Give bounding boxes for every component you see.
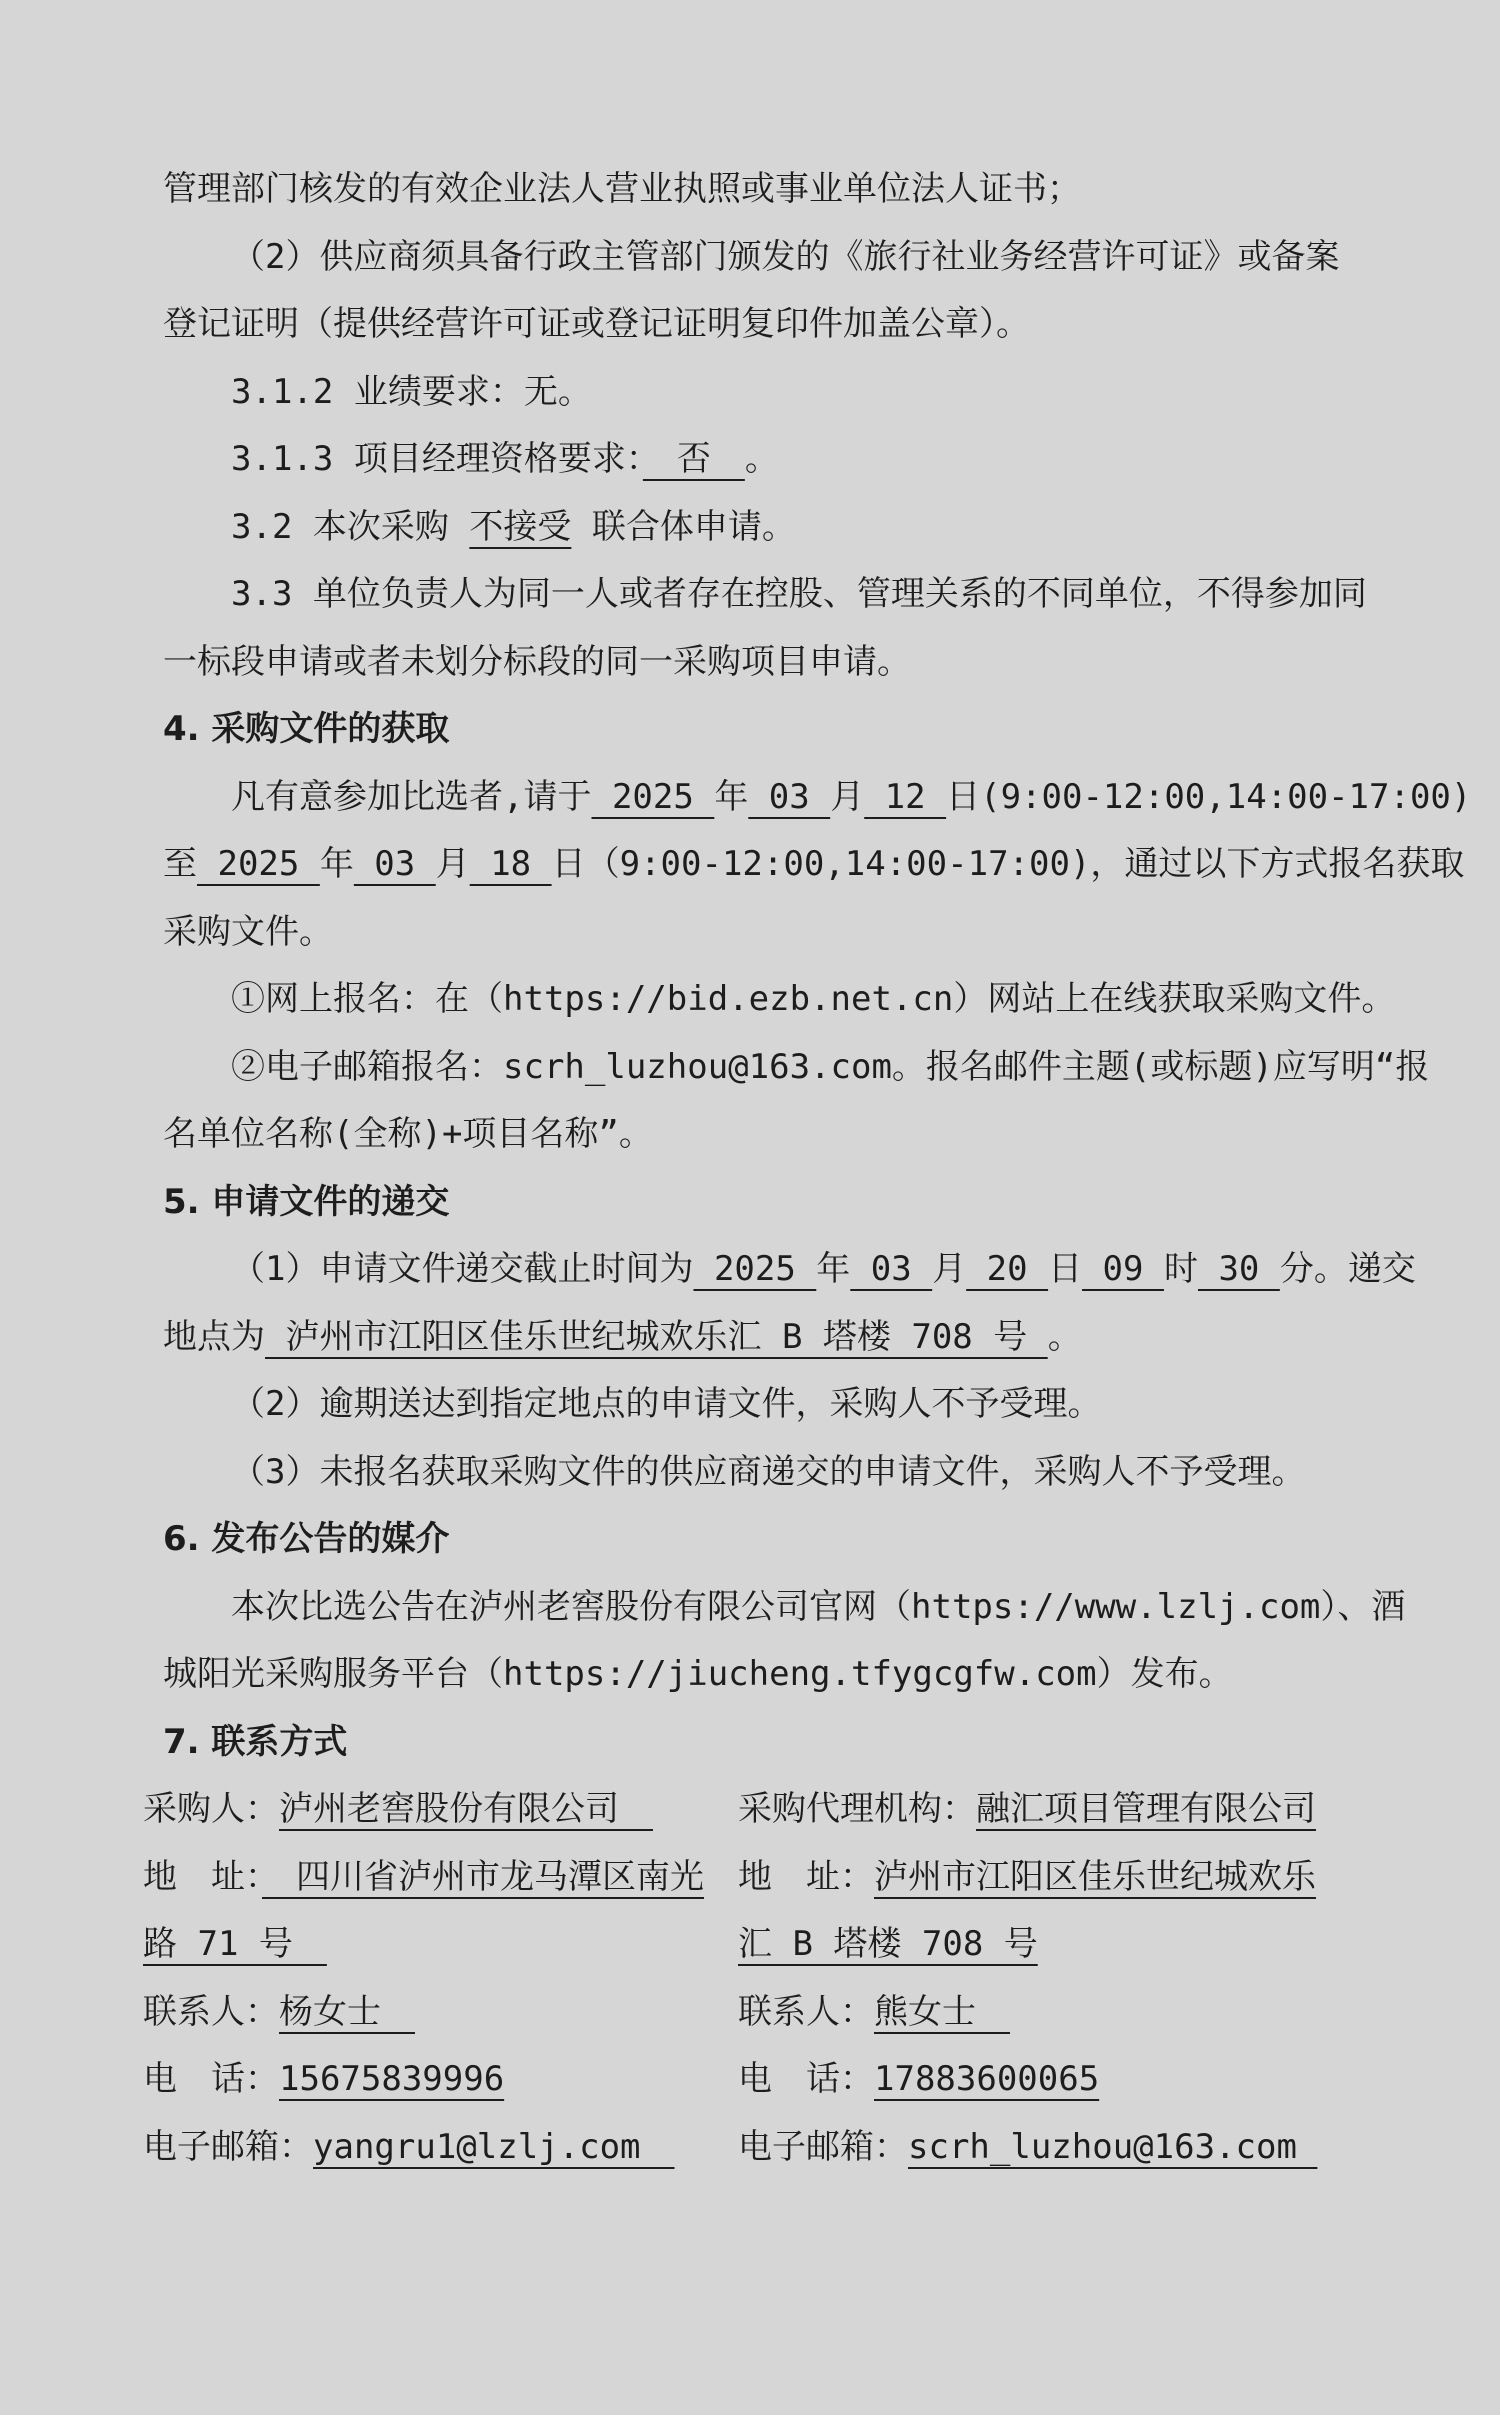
text-line: ①网上报名：在（https://bid.ezb.net.cn）网站上在线获取采购…: [143, 966, 1405, 1034]
field-value: 融汇项目管理有限公司: [976, 1789, 1316, 1829]
field-label: 地 址：: [738, 1857, 874, 1897]
text-run: 6. 发布公告的媒介: [163, 1519, 449, 1559]
text-run: 。: [745, 439, 779, 479]
underlined-blank: 泸州市江阳区佳乐世纪城欢乐汇 B 塔楼 708 号: [265, 1317, 1048, 1357]
text-run: （3）未报名获取采购文件的供应商递交的申请文件，采购人不予受理。: [231, 1452, 1305, 1492]
text-line: 一标段申请或者未划分标段的同一采购项目申请。: [143, 629, 1405, 697]
text-line: 地点为 泸州市江阳区佳乐世纪城欢乐汇 B 塔楼 708 号 。: [143, 1304, 1405, 1372]
underlined-blank: 2025: [197, 844, 320, 884]
underlined-blank: 03: [748, 777, 830, 817]
field-value: yangru1@lzlj.com: [313, 2127, 675, 2167]
field-label: 电 话：: [738, 2059, 874, 2099]
contact-row: 联系人：熊女士: [738, 1979, 1405, 2047]
contact-row: 采购人：泸州老窖股份有限公司: [143, 1776, 738, 1844]
document-body: 管理部门核发的有效企业法人营业执照或事业单位法人证书；（2）供应商须具备行政主管…: [143, 156, 1405, 1776]
text-line: 名单位名称(全称)+项目名称”。: [143, 1101, 1405, 1169]
text-line: ②电子邮箱报名：scrh_luzhou@163.com。报名邮件主题(或标题)应…: [143, 1034, 1405, 1102]
underlined-blank: 20: [966, 1249, 1048, 1289]
field-value: 杨女士: [279, 1992, 415, 2032]
text-run: 4. 采购文件的获取: [163, 709, 449, 749]
text-run: 5. 申请文件的递交: [163, 1182, 449, 1222]
field-label: 电子邮箱：: [738, 2127, 908, 2167]
text-run: 至: [163, 844, 197, 884]
contact-section: 采购人：泸州老窖股份有限公司 地 址： 四川省泸州市龙马潭区南光路 71 号 联…: [143, 1776, 1405, 2181]
text-run: （1）申请文件递交截止时间为: [231, 1249, 693, 1289]
field-value: scrh_luzhou@163.com: [908, 2127, 1317, 2167]
field-value: 15675839996: [279, 2059, 504, 2099]
text-run: 月: [436, 844, 470, 884]
contact-row: 路 71 号: [143, 1911, 738, 1979]
field-label: 地 址：: [143, 1857, 262, 1897]
text-run: 名单位名称(全称)+项目名称”。: [163, 1114, 653, 1154]
text-run: 本次比选公告在泸州老窖股份有限公司官网（https://www.lzlj.com…: [231, 1587, 1405, 1627]
section-heading: 7. 联系方式: [143, 1709, 1405, 1777]
contact-row: 联系人：杨女士: [143, 1979, 738, 2047]
text-run: （2）逾期送达到指定地点的申请文件，采购人不予受理。: [231, 1384, 1101, 1424]
underlined-blank: 09: [1082, 1249, 1164, 1289]
text-run: 3.1.2 业绩要求：无。: [231, 372, 592, 412]
field-value: 泸州市江阳区佳乐世纪城欢乐: [874, 1857, 1316, 1897]
text-line: （1）申请文件递交截止时间为 2025 年 03 月 20 日 09 时 30 …: [143, 1236, 1405, 1304]
text-line: （2）逾期送达到指定地点的申请文件，采购人不予受理。: [143, 1371, 1405, 1439]
text-run: 7. 联系方式: [163, 1722, 347, 1762]
text-line: 登记证明（提供经营许可证或登记证明复印件加盖公章）。: [143, 291, 1405, 359]
text-run: 分。递交: [1280, 1249, 1416, 1289]
text-line: 3.1.2 业绩要求：无。: [143, 359, 1405, 427]
field-label: 采购人：: [143, 1789, 279, 1829]
text-run: 年: [320, 844, 354, 884]
text-run: 城阳光采购服务平台（https://jiucheng.tfygcgfw.com）…: [163, 1654, 1233, 1694]
text-run: 月: [932, 1249, 966, 1289]
field-value: 熊女士: [874, 1992, 1010, 2032]
text-run: 月: [830, 777, 864, 817]
text-run: 日（9:00-12:00,14:00-17:00)，通过以下方式报名获取: [552, 844, 1465, 884]
document-content: 管理部门核发的有效企业法人营业执照或事业单位法人证书；（2）供应商须具备行政主管…: [143, 156, 1405, 2181]
section-heading: 6. 发布公告的媒介: [143, 1506, 1405, 1574]
text-line: 3.3 单位负责人为同一人或者存在控股、管理关系的不同单位，不得参加同: [143, 561, 1405, 629]
text-run: 3.2 本次采购: [231, 507, 469, 547]
underlined-blank: 03: [850, 1249, 932, 1289]
underlined-blank: 不接受: [469, 507, 571, 547]
text-run: 3.1.3 项目经理资格要求：: [231, 439, 643, 479]
field-label: 联系人：: [738, 1992, 874, 2032]
text-line: 采购文件。: [143, 899, 1405, 967]
field-label: 联系人：: [143, 1992, 279, 2032]
text-run: 管理部门核发的有效企业法人营业执照或事业单位法人证书；: [163, 169, 1081, 209]
text-line: 3.1.3 项目经理资格要求： 否 。: [143, 426, 1405, 494]
section-heading: 4. 采购文件的获取: [143, 696, 1405, 764]
contact-row: 电子邮箱：scrh_luzhou@163.com: [738, 2114, 1405, 2182]
text-run: 日: [1048, 1249, 1082, 1289]
text-run: 日(9:00-12:00,14:00-17:00): [946, 777, 1471, 817]
text-run: 年: [816, 1249, 850, 1289]
text-line: （3）未报名获取采购文件的供应商递交的申请文件，采购人不予受理。: [143, 1439, 1405, 1507]
underlined-blank: 30: [1198, 1249, 1280, 1289]
text-run: 地点为: [163, 1317, 265, 1357]
underlined-blank: 2025: [693, 1249, 816, 1289]
field-value: 四川省泸州市龙马潭区南光: [262, 1857, 704, 1897]
contact-left-column: 采购人：泸州老窖股份有限公司 地 址： 四川省泸州市龙马潭区南光路 71 号 联…: [143, 1776, 738, 2181]
text-run: 时: [1164, 1249, 1198, 1289]
text-run: ①网上报名：在（https://bid.ezb.net.cn）网站上在线获取采购…: [231, 979, 1395, 1019]
section-heading: 5. 申请文件的递交: [143, 1169, 1405, 1237]
field-label: 采购代理机构：: [738, 1789, 976, 1829]
field-label: 电子邮箱：: [143, 2127, 313, 2167]
contact-row: 采购代理机构：融汇项目管理有限公司: [738, 1776, 1405, 1844]
text-run: 联合体申请。: [571, 507, 795, 547]
text-run: 年: [714, 777, 748, 817]
text-line: 至 2025 年 03 月 18 日（9:00-12:00,14:00-17:0…: [143, 831, 1405, 899]
text-run: 3.3 单位负责人为同一人或者存在控股、管理关系的不同单位，不得参加同: [231, 574, 1367, 614]
field-value: 泸州老窖股份有限公司: [279, 1789, 653, 1829]
text-run: 一标段申请或者未划分标段的同一采购项目申请。: [163, 642, 911, 682]
underlined-blank: 12: [864, 777, 946, 817]
text-run: 。: [1048, 1317, 1082, 1357]
text-run: 采购文件。: [163, 912, 333, 952]
underlined-blank: 18: [470, 844, 552, 884]
text-line: （2）供应商须具备行政主管部门颁发的《旅行社业务经营许可证》或备案: [143, 224, 1405, 292]
text-run: 登记证明（提供经营许可证或登记证明复印件加盖公章）。: [163, 304, 1030, 344]
contact-row: 电 话：17883600065: [738, 2046, 1405, 2114]
text-line: 管理部门核发的有效企业法人营业执照或事业单位法人证书；: [143, 156, 1405, 224]
field-value: 汇 B 塔楼 708 号: [738, 1924, 1038, 1964]
field-label: 电 话：: [143, 2059, 279, 2099]
underlined-blank: 2025: [591, 777, 714, 817]
contact-row: 地 址： 四川省泸州市龙马潭区南光: [143, 1844, 738, 1912]
contact-row: 电子邮箱：yangru1@lzlj.com: [143, 2114, 738, 2182]
underlined-blank: 03: [354, 844, 436, 884]
contact-right-column: 采购代理机构：融汇项目管理有限公司地 址：泸州市江阳区佳乐世纪城欢乐汇 B 塔楼…: [738, 1776, 1405, 2181]
contact-row: 电 话：15675839996: [143, 2046, 738, 2114]
text-line: 凡有意参加比选者,请于 2025 年 03 月 12 日(9:00-12:00,…: [143, 764, 1405, 832]
field-value: 17883600065: [874, 2059, 1099, 2099]
contact-row: 地 址：泸州市江阳区佳乐世纪城欢乐: [738, 1844, 1405, 1912]
text-line: 本次比选公告在泸州老窖股份有限公司官网（https://www.lzlj.com…: [143, 1574, 1405, 1642]
text-run: ②电子邮箱报名：scrh_luzhou@163.com。报名邮件主题(或标题)应…: [231, 1047, 1429, 1087]
document-page: 管理部门核发的有效企业法人营业执照或事业单位法人证书；（2）供应商须具备行政主管…: [0, 0, 1500, 2415]
field-value: 路 71 号: [143, 1924, 327, 1964]
text-run: 凡有意参加比选者,请于: [231, 777, 591, 817]
text-line: 3.2 本次采购 不接受 联合体申请。: [143, 494, 1405, 562]
text-line: 城阳光采购服务平台（https://jiucheng.tfygcgfw.com）…: [143, 1641, 1405, 1709]
text-run: （2）供应商须具备行政主管部门颁发的《旅行社业务经营许可证》或备案: [231, 237, 1339, 277]
contact-row: 汇 B 塔楼 708 号: [738, 1911, 1405, 1979]
underlined-blank: 否: [643, 439, 745, 479]
